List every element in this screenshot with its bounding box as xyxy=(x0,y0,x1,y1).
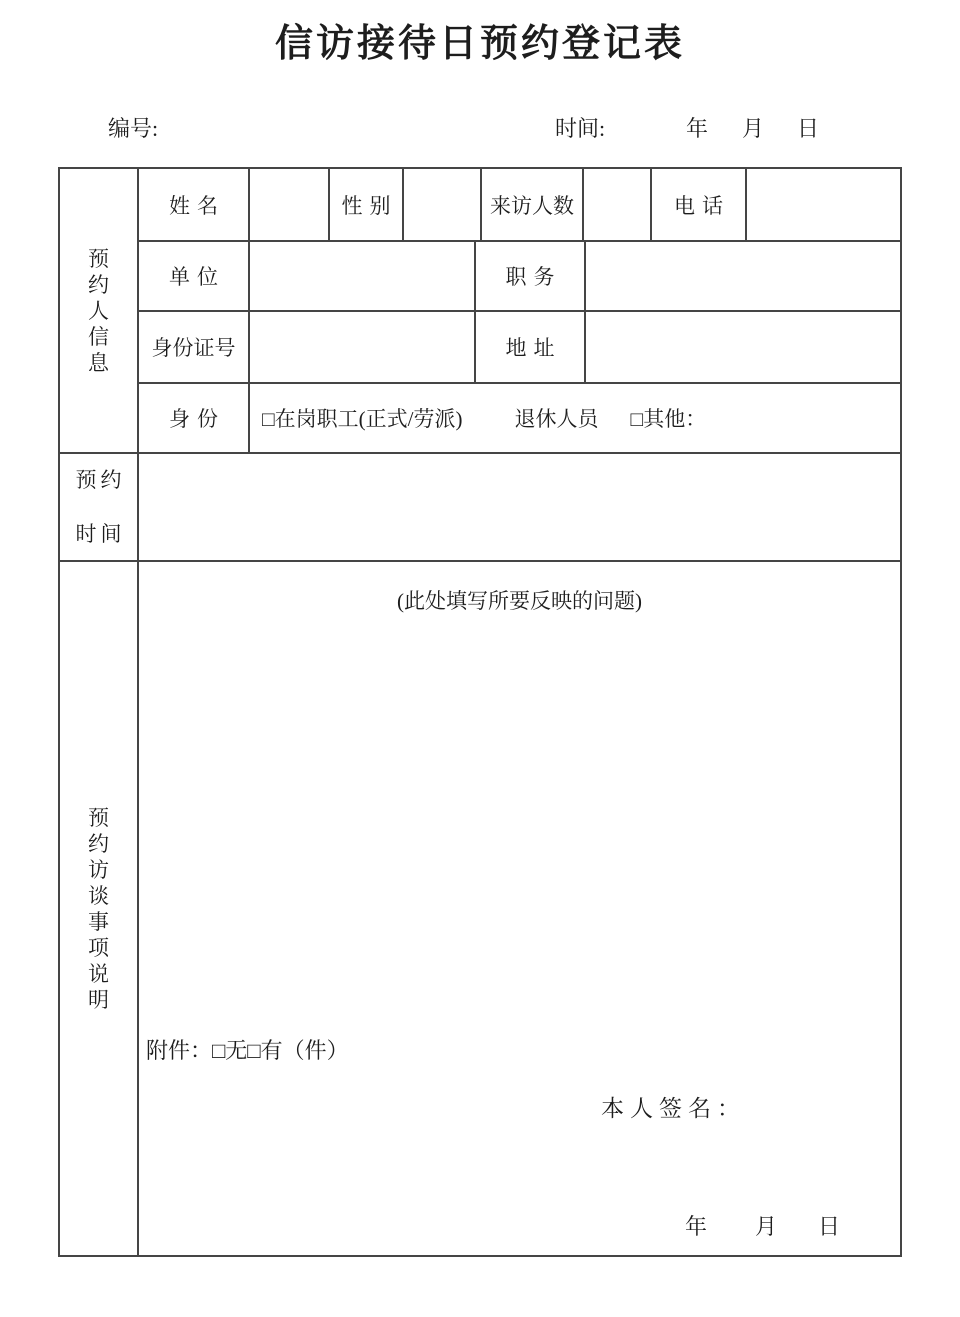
visitor-count-value-cell[interactable] xyxy=(584,169,652,240)
position-value-cell[interactable] xyxy=(586,242,900,310)
meta-month-label: 月 xyxy=(742,112,764,143)
applicant-section-label-cell: 预约人信息 xyxy=(60,169,139,452)
identity-option-active-checkbox[interactable]: □在岗职工(正式/劳派) xyxy=(262,403,463,433)
address-value-cell[interactable] xyxy=(586,312,900,382)
identity-option-retired[interactable]: 退休人员 xyxy=(515,403,599,433)
signature-label: 本人签名： xyxy=(601,1090,746,1123)
phone-value-cell[interactable] xyxy=(747,169,900,240)
serial-number-label: 编号: xyxy=(108,112,158,143)
appointment-time-label-cell: 预约 时间 xyxy=(60,454,139,560)
id-number-label-cell: 身份证号 xyxy=(139,312,250,382)
registration-table: 预约人信息 姓名 性别 来访人数 电话 单位 职务 xyxy=(58,167,902,1257)
date-month-label: 月 xyxy=(755,1210,777,1241)
name-value-cell[interactable] xyxy=(250,169,330,240)
phone-label-cell: 电话 xyxy=(652,169,747,240)
unit-label-cell: 单位 xyxy=(139,242,250,310)
applicant-section-label: 预约人信息 xyxy=(86,246,111,376)
attachment-checkbox-line[interactable]: 附件：□无□有（件） xyxy=(146,1034,349,1065)
table-row: 姓名 性别 来访人数 电话 xyxy=(139,169,900,242)
appointment-time-section: 预约 时间 xyxy=(60,454,900,562)
meta-day-label: 日 xyxy=(797,112,819,143)
matter-hint-text: (此处填写所要反映的问题) xyxy=(139,585,900,615)
id-number-value-cell[interactable] xyxy=(250,312,476,382)
date-year-label: 年 xyxy=(685,1210,707,1241)
gender-value-cell[interactable] xyxy=(404,169,482,240)
unit-value-cell[interactable] xyxy=(250,242,476,310)
date-day-label: 日 xyxy=(818,1210,840,1241)
matter-description-section: 预约访谈事项说明 (此处填写所要反映的问题) 附件：□无□有（件） 本人签名： … xyxy=(60,562,900,1255)
table-row: 身份证号 地址 xyxy=(139,312,900,384)
table-row: 身份 □在岗职工(正式/劳派) 退休人员 □其他： xyxy=(139,384,900,452)
applicant-info-section: 预约人信息 姓名 性别 来访人数 电话 单位 职务 xyxy=(60,169,900,454)
gender-label-cell: 性别 xyxy=(330,169,404,240)
form-title: 信访接待日预约登记表 xyxy=(0,12,960,67)
name-label-cell: 姓名 xyxy=(139,169,250,240)
applicant-rows: 姓名 性别 来访人数 电话 单位 职务 身份证号 xyxy=(139,169,900,452)
appointment-time-value-cell[interactable] xyxy=(139,454,900,560)
matter-section-label: 预约访谈事项说明 xyxy=(86,805,111,1013)
appointment-time-label-line2: 时间 xyxy=(72,523,126,545)
meta-year-label: 年 xyxy=(686,112,708,143)
time-label: 时间: xyxy=(555,112,605,143)
address-label-cell: 地址 xyxy=(476,312,586,382)
identity-label-cell: 身份 xyxy=(139,384,250,452)
identity-options-cell: □在岗职工(正式/劳派) 退休人员 □其他： xyxy=(250,384,900,452)
appointment-time-label-line1: 预约 xyxy=(72,469,126,491)
matter-section-label-cell: 预约访谈事项说明 xyxy=(60,562,139,1255)
table-row: 单位 职务 xyxy=(139,242,900,312)
visitor-count-label-cell: 来访人数 xyxy=(482,169,584,240)
matter-description-area[interactable]: (此处填写所要反映的问题) 附件：□无□有（件） 本人签名： 年 月 日 xyxy=(139,562,900,1255)
identity-option-other-checkbox[interactable]: □其他： xyxy=(631,403,707,433)
position-label-cell: 职务 xyxy=(476,242,586,310)
